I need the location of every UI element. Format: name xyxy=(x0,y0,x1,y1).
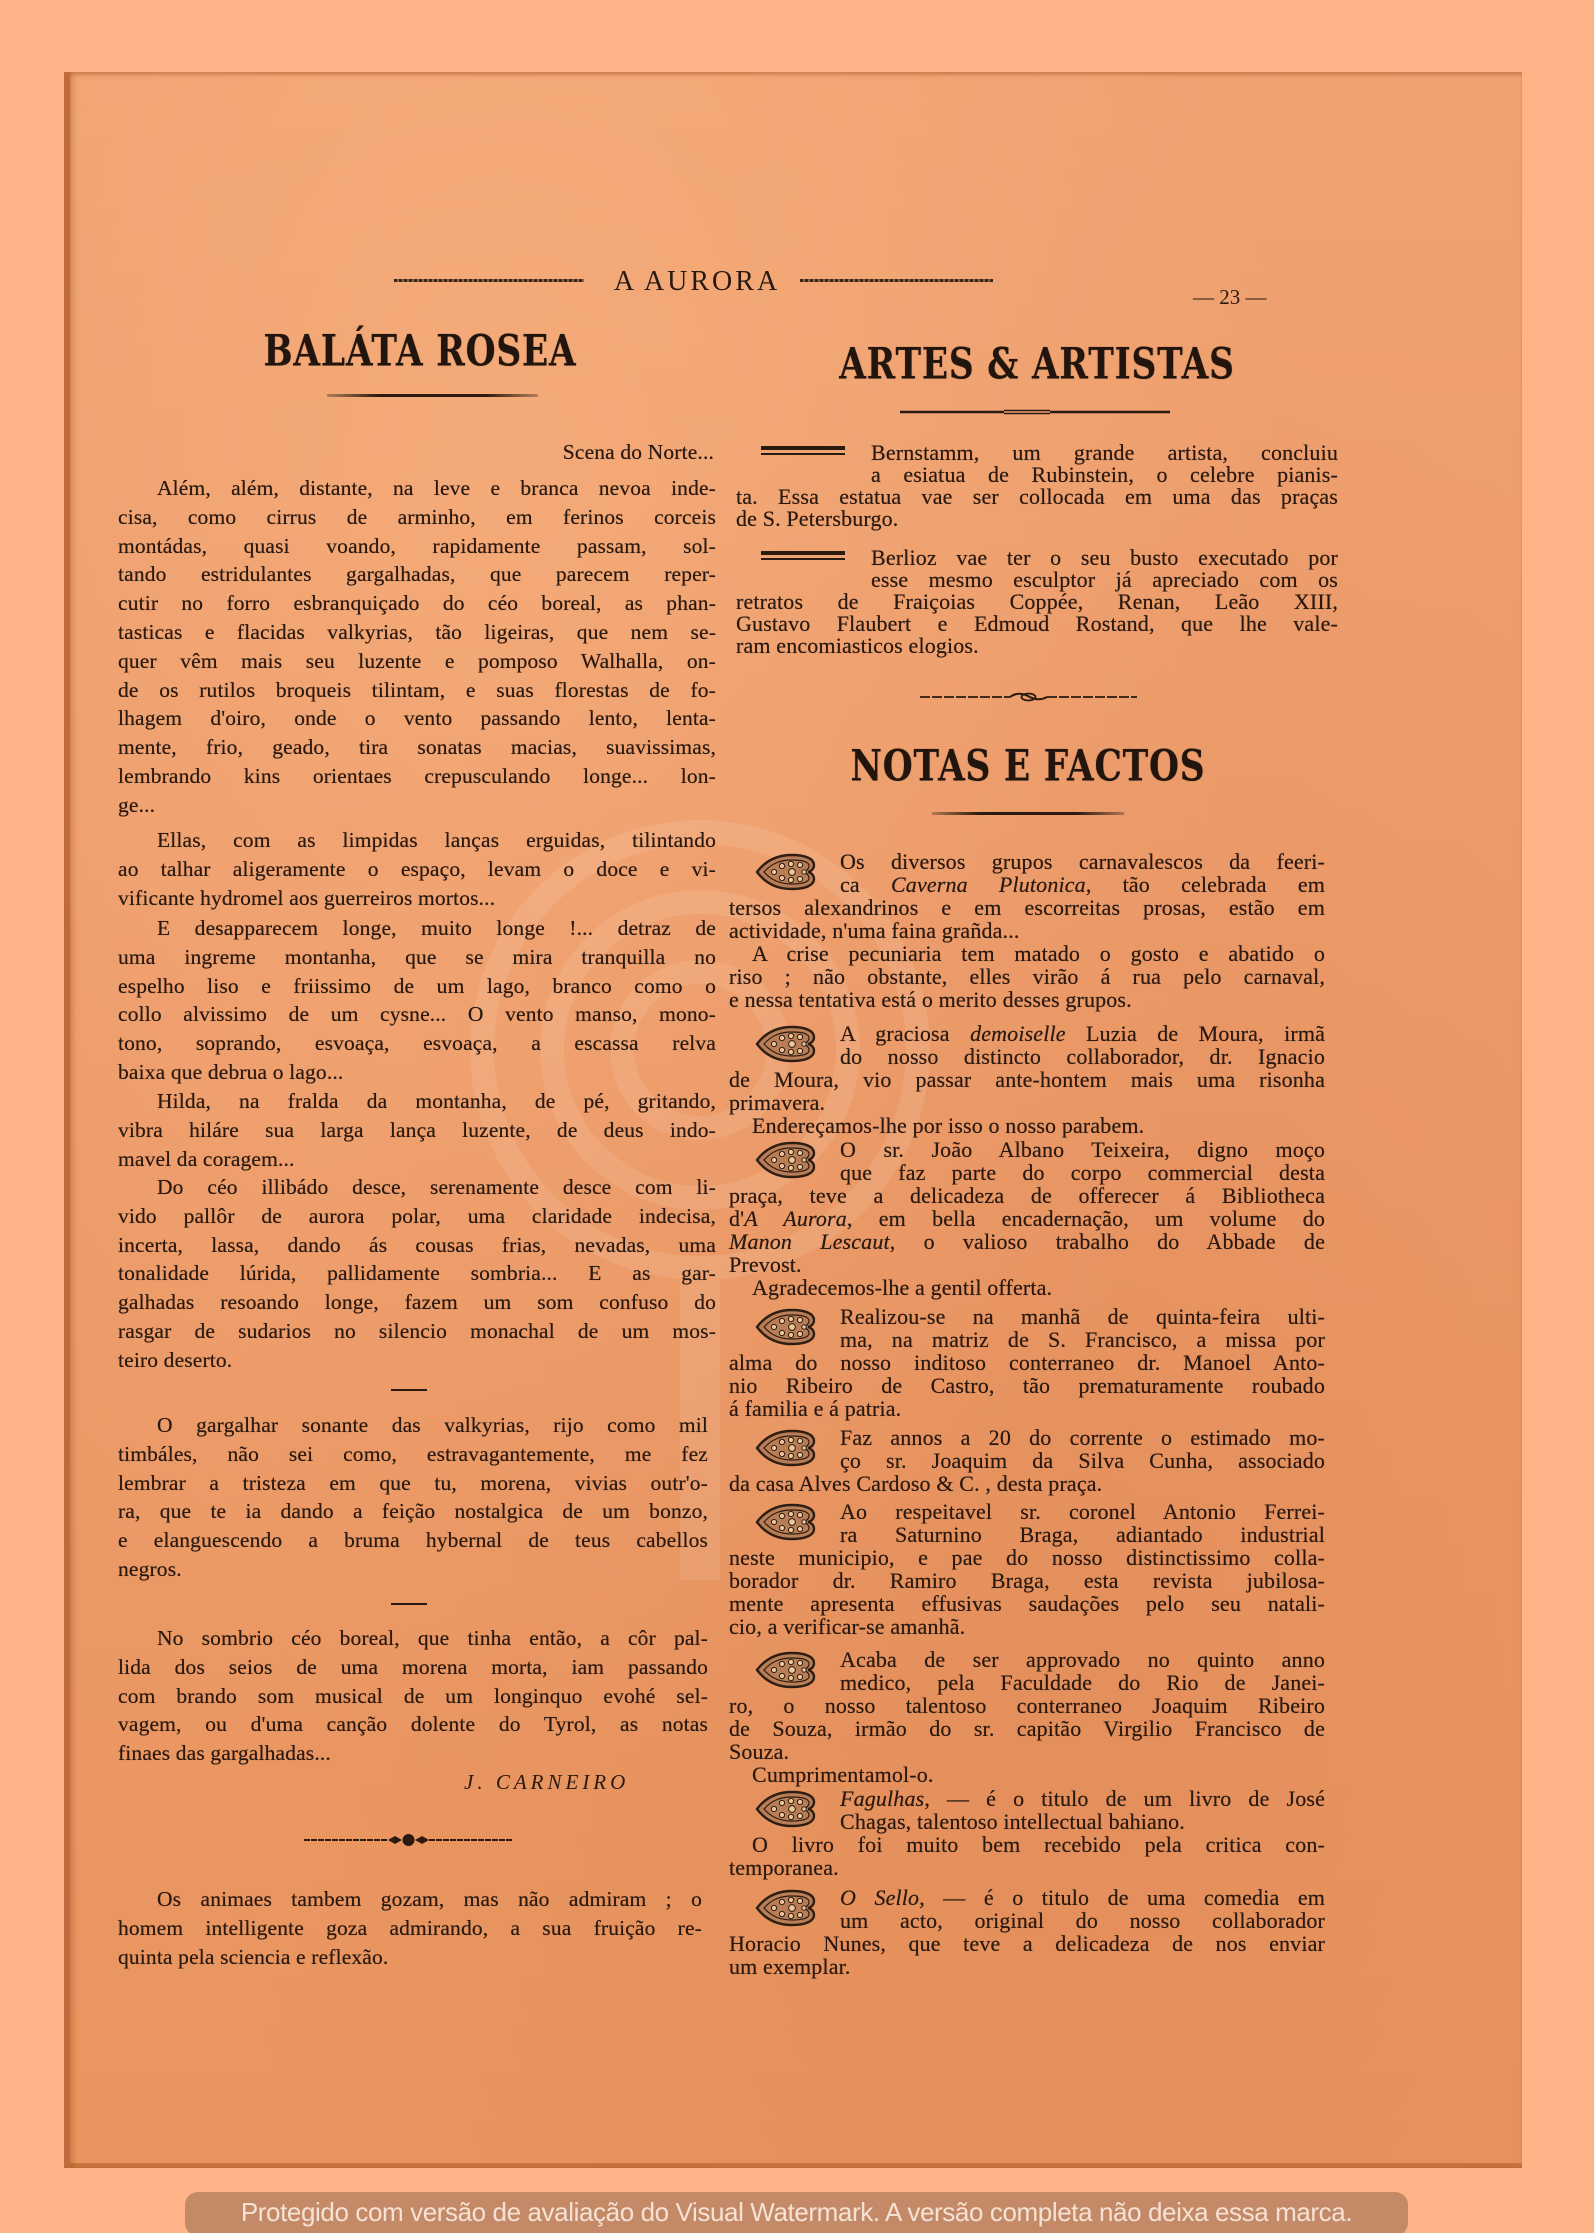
text-line: um acto, original do nosso collaborador xyxy=(840,1909,1325,1932)
italic-title-text: Manon Lescaut xyxy=(729,1229,890,1254)
text-line: ma, na matriz de S. Francisco, a missa p… xyxy=(840,1328,1325,1351)
text-line: Berlioz vae ter o seu busto executado po… xyxy=(871,547,1338,569)
section-title-artes-artistas: ARTES & ARTISTAS xyxy=(839,344,1235,387)
section-title-rule xyxy=(900,402,1170,408)
text-line: uma ingreme montanha, que se mira tranqu… xyxy=(118,943,716,972)
italic-title-text: demoiselle xyxy=(970,1021,1066,1046)
section-title-notas-factos: NOTAS E FACTOS xyxy=(851,746,1206,789)
text-line: tasticas e flacidas valkyrias, tão ligei… xyxy=(118,618,716,647)
text-line: Souza. xyxy=(729,1740,1325,1763)
text-line: rasgar de sudarios no silencio monachal … xyxy=(118,1317,716,1346)
text-line: O Sello, — é o titulo de uma comedia em xyxy=(840,1886,1325,1909)
text-line: ca Caverna Plutonica, tão celebrada em xyxy=(840,873,1325,896)
text-segment: , em bella encadernação, um volume do xyxy=(847,1206,1325,1231)
text-line: e elanguescendo a bruma hybernal de teus… xyxy=(118,1526,708,1555)
text-segment: , — é o titulo de um livro de José xyxy=(924,1786,1325,1811)
text-segment: , — é o titulo de uma comedia em xyxy=(919,1885,1325,1910)
heart-ornament-icon xyxy=(754,1790,816,1828)
heart-ornament-icon xyxy=(754,1651,816,1689)
text-line: alma do nosso inditoso conterraneo dr. M… xyxy=(729,1351,1325,1374)
text-line: do nosso distincto collaborador, dr. Ign… xyxy=(840,1045,1325,1068)
text-line: ço sr. Joaquim da Silva Cunha, associado xyxy=(840,1449,1325,1472)
text-line: ram encomiasticos elogios. xyxy=(736,635,1338,657)
text-line: tonalidade lúrida, pallidamente sombria.… xyxy=(118,1259,716,1288)
page-number: — 23 — xyxy=(1193,287,1267,308)
italic-title-text: Caverna Plutonica xyxy=(891,872,1086,897)
text-line: quinta pela sciencia e reflexão. xyxy=(118,1943,702,1972)
text-line: No sombrio céo boreal, que tinha então, … xyxy=(118,1624,708,1653)
text-segment: A graciosa xyxy=(840,1021,970,1046)
heart-ornament-icon xyxy=(754,1889,816,1927)
text-line: Bernstamm, um grande artista, concluiu xyxy=(871,442,1338,464)
text-line: Do céo illibádo desce, serenamente desce… xyxy=(118,1173,716,1202)
text-line: O gargalhar sonante das valkyrias, rijo … xyxy=(118,1411,708,1440)
text-line: esse mesmo esculptor já apreciado com os xyxy=(871,569,1338,591)
text-line: Realizou-se na manhã de quinta-feira ult… xyxy=(840,1305,1325,1328)
text-line: Agradecemos-lhe a gentil offerta. xyxy=(729,1276,1325,1299)
text-line: ao talhar aligeramente o espaço, levam o… xyxy=(118,855,716,884)
paragraph: Do céo illibádo desce, serenamente desce… xyxy=(118,1173,716,1375)
italic-title-text: Fagulhas xyxy=(840,1786,924,1811)
text-line: um exemplar. xyxy=(729,1955,1325,1978)
fleuron-divider-icon xyxy=(918,690,1139,704)
text-line: O sr. João Albano Teixeira, digno moço xyxy=(840,1138,1325,1161)
section-dash-divider xyxy=(391,1389,427,1391)
paragraph: No sombrio céo boreal, que tinha então, … xyxy=(118,1624,708,1768)
news-item: Faz annos a 20 do corrente o estimado mo… xyxy=(729,1426,1325,1495)
heart-orn­ament-icon xyxy=(754,1429,816,1467)
text-line: Além, além, distante, na leve e branca n… xyxy=(118,474,716,503)
text-line: Os animaes tambem gozam, mas não admiram… xyxy=(118,1885,702,1914)
text-segment: , o valioso trabalho do Abbade de xyxy=(890,1229,1325,1254)
masthead-title: A AURORA xyxy=(614,268,780,296)
text-line: praça, teve a delicadeza de offerecer á … xyxy=(729,1184,1325,1207)
text-line: da casa Alves Cardoso & C. , desta praça… xyxy=(729,1472,1325,1495)
text-line: Chagas, talentoso intellectual bahiano. xyxy=(840,1810,1325,1833)
news-item: Realizou-se na manhã de quinta-feira ult… xyxy=(729,1305,1325,1420)
text-line: A graciosa demoiselle Luzia de Moura, ir… xyxy=(840,1022,1325,1045)
text-line: A crise pecuniaria tem matado o gosto e … xyxy=(729,942,1325,965)
text-line: Os diversos grupos carnavalescos da feer… xyxy=(840,850,1325,873)
news-item: Fagulhas, — é o titulo de um livro de Jo… xyxy=(729,1787,1325,1879)
text-line: vido pallôr de aurora polar, uma clarida… xyxy=(118,1202,716,1231)
text-line: retratos de Fraiçoias Coppée, Renan, Leã… xyxy=(736,591,1338,613)
text-line: a esiatua de Rubinstein, o celebre piani… xyxy=(871,464,1338,486)
text-line: lembrando kins orientaes crepusculando l… xyxy=(118,762,716,791)
text-line: homem intelligente goza admirando, a sua… xyxy=(118,1914,702,1943)
author-signature: J. CARNEIRO xyxy=(464,1768,629,1797)
text-segment: Luzia de Moura, irmã xyxy=(1066,1021,1325,1046)
double-rule-ornament-icon xyxy=(761,446,845,455)
heart-ornament-icon xyxy=(754,1025,816,1063)
text-line: Horacio Nunes, que teve a delicadeza de … xyxy=(729,1932,1325,1955)
news-item: Acaba de ser approvado no quinto annomed… xyxy=(729,1648,1325,1786)
text-line: cutir no forro esbranquiçado do céo bore… xyxy=(118,589,716,618)
text-line: temporanea. xyxy=(729,1856,1325,1879)
paragraph: E desapparecem longe, muito longe !... d… xyxy=(118,914,716,1087)
text-line: primavera. xyxy=(729,1091,1325,1114)
text-line: actividade, n'uma faina grañda... xyxy=(729,919,1325,942)
text-line: lhagem d'oiro, onde o vento passando len… xyxy=(118,704,716,733)
italic-title-text: A Aurora xyxy=(744,1206,847,1231)
text-line: cisa, como cirrus de arminho, em ferinos… xyxy=(118,503,716,532)
news-item: Os diversos grupos carnavalescos da feer… xyxy=(729,850,1325,1011)
text-line: mente apresenta effusivas saudações pelo… xyxy=(729,1592,1325,1615)
text-line: tando estridulantes gargalhadas, que par… xyxy=(118,560,716,589)
text-line: Prevost. xyxy=(729,1253,1325,1276)
text-line: mavel da coragem... xyxy=(118,1145,716,1174)
text-line: vibra hiláre sua larga lança luzente, de… xyxy=(118,1116,716,1145)
news-item: Bernstamm, um grande artista, concluiua … xyxy=(736,442,1338,530)
text-segment: , tão celebrada em xyxy=(1086,872,1325,897)
paragraph: Além, além, distante, na leve e branca n… xyxy=(118,474,716,820)
text-line: Hilda, na fralda da montanha, de pé, gri… xyxy=(118,1087,716,1116)
paragraph: Ellas, com as limpidas lanças erguidas, … xyxy=(118,826,716,912)
text-line: negros. xyxy=(118,1555,708,1584)
text-line: Gustavo Flaubert e Edmoud Rostand, que l… xyxy=(736,613,1338,635)
text-line: tersos alexandrinos e em escorreitas pro… xyxy=(729,896,1325,919)
watermark-banner: Protegido com versão de avaliação do Vis… xyxy=(185,2192,1408,2233)
paragraph: O gargalhar sonante das valkyrias, rijo … xyxy=(118,1411,708,1584)
italic-title-text: O Sello xyxy=(840,1885,919,1910)
article-title-balata-rosea: BALÁTA ROSEA xyxy=(263,331,576,374)
text-line: lembrar a tristeza em que tu, morena, vi… xyxy=(118,1469,708,1498)
text-line: mente, frio, geado, tira sonatas macias,… xyxy=(118,733,716,762)
text-line: Ao respeitavel sr. coronel Antonio Ferre… xyxy=(840,1500,1325,1523)
text-line: que faz parte do corpo commercial desta xyxy=(840,1161,1325,1184)
text-line: ro, o nosso talentoso conterraneo Joaqui… xyxy=(729,1694,1325,1717)
text-line: tono, soprando, esvoaça, esvoaça, a esca… xyxy=(118,1029,716,1058)
text-line: de Moura, vio passar ante-hontem mais um… xyxy=(729,1068,1325,1091)
text-line: O livro foi muito bem recebido pela crit… xyxy=(729,1833,1325,1856)
heart-ornament-icon xyxy=(754,1141,816,1179)
article-subtitle: Scena do Norte... xyxy=(118,438,714,467)
text-line: collo alvissimo de um cysne... O vento m… xyxy=(118,1000,716,1029)
text-segment: d' xyxy=(729,1206,744,1231)
text-segment: ca xyxy=(840,872,891,897)
text-line: vificante hydromel aos guerreiros mortos… xyxy=(118,884,716,913)
text-line: neste municipio, e pae do nosso distinct… xyxy=(729,1546,1325,1569)
text-line: ta. Essa estatua vae ser collocada em um… xyxy=(736,486,1338,508)
text-line: com brando som musical de um longinquo e… xyxy=(118,1682,708,1711)
text-line: finaes das gargalhadas... xyxy=(118,1739,708,1768)
text-line: E desapparecem longe, muito longe !... d… xyxy=(118,914,716,943)
text-line: Cumprimentamol-o. xyxy=(729,1763,1325,1786)
heart-ornament-icon xyxy=(754,1308,816,1346)
news-item: Ao respeitavel sr. coronel Antonio Ferre… xyxy=(729,1500,1325,1638)
section-dash-divider xyxy=(391,1603,427,1605)
text-line: Faz annos a 20 do corrente o estimado mo… xyxy=(840,1426,1325,1449)
text-line: e nessa tentativa está o merito desses g… xyxy=(729,988,1325,1011)
text-line: riso ; não obstante, elles virão á rua p… xyxy=(729,965,1325,988)
text-line: Ellas, com as limpidas lanças erguidas, … xyxy=(118,826,716,855)
section-title-rule xyxy=(932,812,1124,815)
heart-ornament-icon xyxy=(754,1503,816,1541)
news-item: O sr. João Albano Teixeira, digno moçoqu… xyxy=(729,1138,1325,1299)
text-line: medico, pela Faculdade do Rio de Janei- xyxy=(840,1671,1325,1694)
text-line: lida dos seios de uma morena morta, iam … xyxy=(118,1653,708,1682)
text-line: Fagulhas, — é o titulo de um livro de Jo… xyxy=(840,1787,1325,1810)
text-line: borador dr. Ramiro Braga, esta revista j… xyxy=(729,1569,1325,1592)
text-line: d'A Aurora, em bella encadernação, um vo… xyxy=(729,1207,1325,1230)
fleuron-divider-icon xyxy=(302,1833,515,1847)
text-line: de S. Petersburgo. xyxy=(736,508,1338,530)
text-line: vagem, ou d'uma canção dolente do Tyrol,… xyxy=(118,1710,708,1739)
text-line: teiro deserto. xyxy=(118,1346,716,1375)
text-line: espelho liso e friissimo de um lago, bra… xyxy=(118,972,716,1001)
news-item: A graciosa demoiselle Luzia de Moura, ir… xyxy=(729,1022,1325,1137)
text-line: galhadas resoando longe, fazem um som co… xyxy=(118,1288,716,1317)
epigraph: Os animaes tambem gozam, mas não admiram… xyxy=(118,1885,702,1971)
text-line: de os rutilos broqueis tilintam, e suas … xyxy=(118,676,716,705)
double-rule-ornament-icon xyxy=(761,551,845,560)
text-line: ra Saturnino Braga, adiantado industrial xyxy=(840,1523,1325,1546)
news-item: Berlioz vae ter o seu busto executado po… xyxy=(736,547,1338,657)
heart-ornament-icon xyxy=(754,853,816,891)
text-line: á familia e á patria. xyxy=(729,1397,1325,1420)
text-line: incerta, lassa, dando ás cousas frias, n… xyxy=(118,1231,716,1260)
header-rule-right xyxy=(800,279,993,282)
text-line: Acaba de ser approvado no quinto anno xyxy=(840,1648,1325,1671)
news-item: O Sello, — é o titulo de uma comedia emu… xyxy=(729,1886,1325,1978)
text-line: baixa que debrua o lago... xyxy=(118,1058,716,1087)
text-line: nio Ribeiro de Castro, tão prematurament… xyxy=(729,1374,1325,1397)
text-line: cio, a verificar-se amanhã. xyxy=(729,1615,1325,1638)
text-line: Endereçamos-lhe por isso o nosso parabem… xyxy=(729,1114,1325,1137)
title-underline xyxy=(327,394,538,397)
text-line: timbáles, não sei como, estravagantement… xyxy=(118,1440,708,1469)
text-line: Manon Lescaut, o valioso trabalho do Abb… xyxy=(729,1230,1325,1253)
text-line: ge... xyxy=(118,791,716,820)
text-line: montádas, quasi voando, rapidamente pass… xyxy=(118,532,716,561)
text-line: ra, que te ia dando a feição nostalgica … xyxy=(118,1497,708,1526)
text-line: quer vêm mais seu luzente e pomposo Walh… xyxy=(118,647,716,676)
paragraph: Hilda, na fralda da montanha, de pé, gri… xyxy=(118,1087,716,1173)
text-line: de Souza, irmão do sr. capitão Virgilio … xyxy=(729,1717,1325,1740)
header-rule-left xyxy=(394,279,584,282)
